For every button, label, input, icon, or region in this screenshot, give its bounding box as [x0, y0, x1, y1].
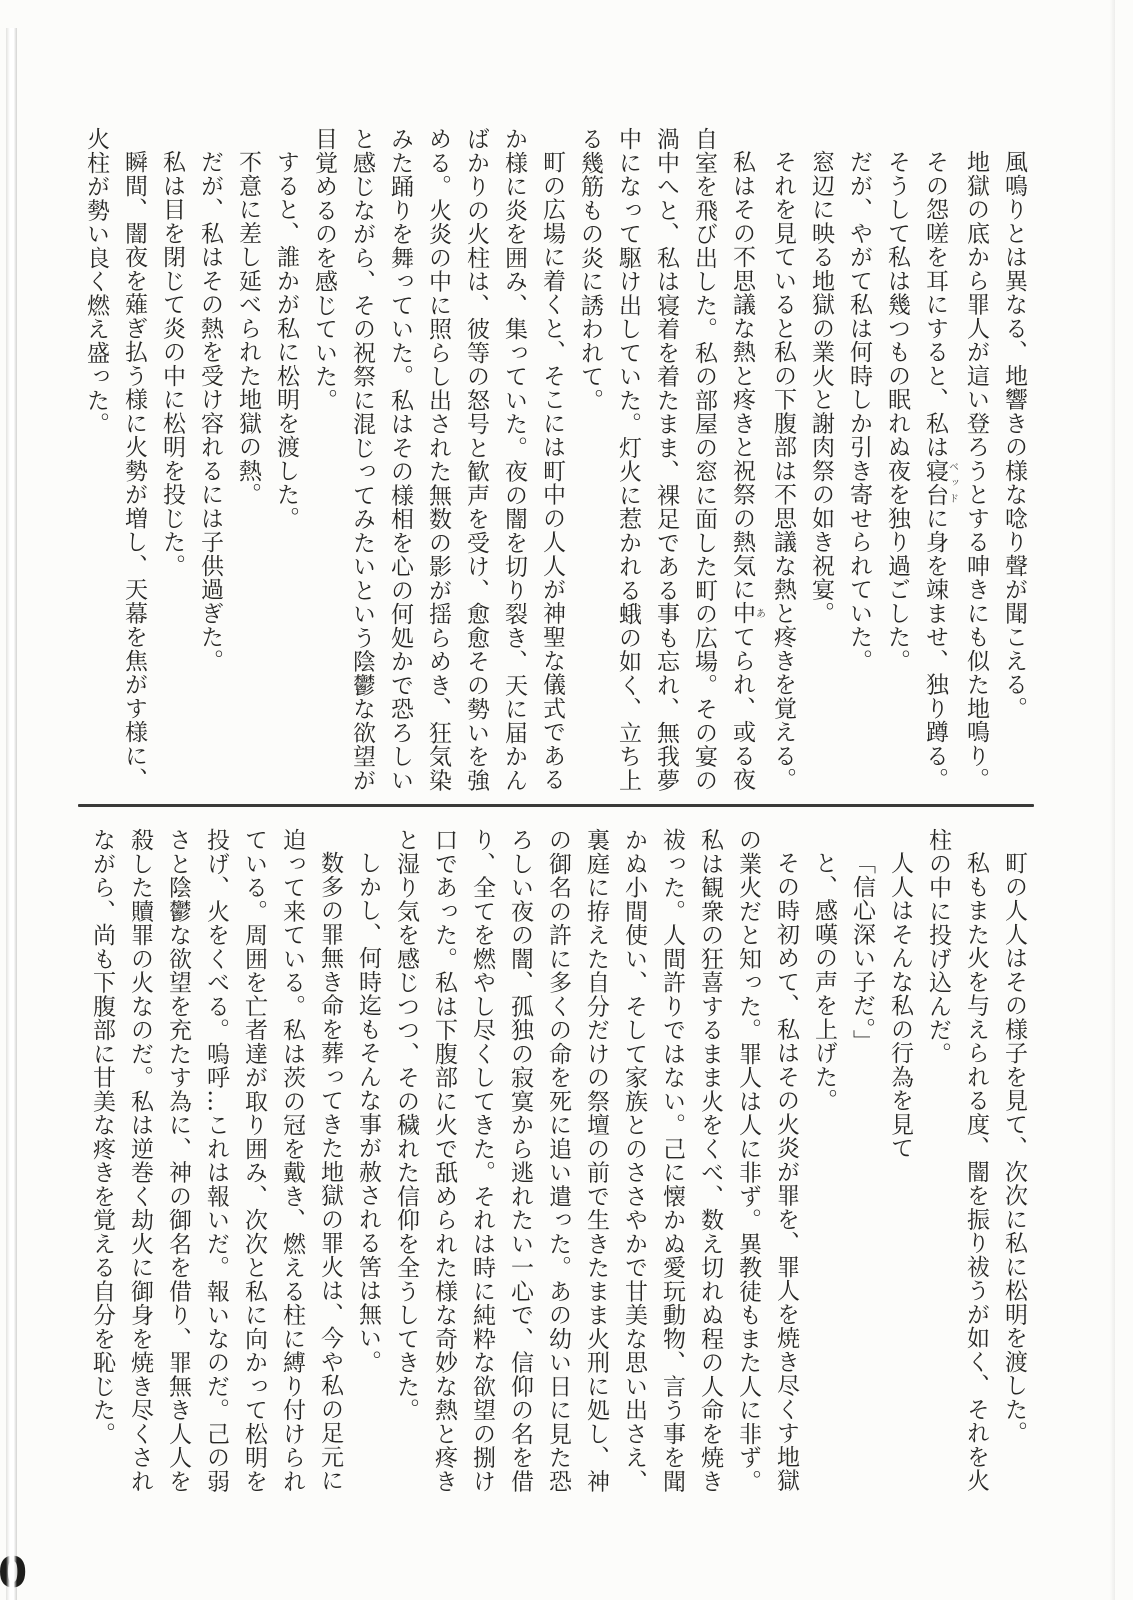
- paragraph: 不意に差し延べられた地獄の熱。: [229, 127, 267, 795]
- paragraph: そうして私は幾つもの眠れぬ夜を独り過ごした。: [878, 127, 916, 795]
- ruby-annotated-word: 寝台ベッド: [922, 459, 948, 507]
- section-divider: [78, 804, 1034, 807]
- paragraph: それを見ていると私の下腹部は不思議な熱と疼きを覚える。: [764, 127, 802, 795]
- paragraph: 数多の罪無き命を葬ってきた地獄の罪火は、今や私の足元に迫って来ている。私は茨の冠…: [83, 828, 349, 1496]
- paragraph: その怨嗟を耳にすると、私は寝台ベッドに身を竦ませ、独り蹲る。: [916, 127, 957, 795]
- paragraph: だが、私はその熱を受け容れるには子供過ぎた。: [191, 127, 229, 795]
- paragraph: 人人はそんな私の行為を見て: [881, 828, 919, 1496]
- text-section-top: 風鳴りとは異なる、地響きの様な唸り聲が聞こえる。地獄の底から罪人が這い登ろうとす…: [77, 127, 1033, 795]
- paragraph: 風鳴りとは異なる、地響きの様な唸り聲が聞こえる。: [995, 127, 1033, 795]
- paragraph: すると、誰かが私に松明を渡した。: [267, 127, 305, 795]
- ruby-annotated-word: 中あ: [729, 601, 755, 625]
- paragraph: 私はその不思議な熱と疼きと祝祭の熱気に中あてられ、或る夜自室を飛び出した。私の部…: [571, 127, 764, 795]
- paper-edge-line: [1110, 0, 1115, 1600]
- paragraph: 町の広場に着くと、そこには町中の人人が神聖な儀式であるか様に炎を囲み、集っていた…: [305, 127, 571, 795]
- novel-page: 0 風鳴りとは異なる、地響きの様な唸り聲が聞こえる。地獄の底から罪人が這い登ろう…: [0, 0, 1133, 1600]
- paragraph: 地獄の底から罪人が這い登ろうとする呻きにも似た地鳴り。: [957, 127, 995, 795]
- paragraph: 窓辺に映る地獄の業火と謝肉祭の如き祝宴。: [802, 127, 840, 795]
- text-section-bottom: 町の人人はその様子を見て、次次に私に松明を渡した。私もまた火を与えられる度、闇を…: [83, 828, 1033, 1496]
- paragraph: 私は目を閉じて炎の中に松明を投じた。: [153, 127, 191, 795]
- paragraph: 「信心深い子だ。」: [843, 828, 881, 1496]
- paragraph: だが、やがて私は何時しか引き寄せられていた。: [840, 127, 878, 795]
- paragraph: 町の人人はその様子を見て、次次に私に松明を渡した。: [995, 828, 1033, 1496]
- paragraph: と、感嘆の声を上げた。: [805, 828, 843, 1496]
- paragraph: その時初めて、私はその火炎が罪を、罪人を焼き尽くす地獄の業火だと知った。罪人は人…: [387, 828, 805, 1496]
- paragraph: 私もまた火を与えられる度、闇を振り祓うが如く、それを火柱の中に投げ込んだ。: [919, 828, 995, 1496]
- page-spine-shadow: [6, 28, 17, 1600]
- paragraph: 瞬間、闇夜を薙ぎ払う様に火勢が増し、天幕を焦がす様に、火柱が勢い良く燃え盛った。: [77, 127, 153, 795]
- paragraph: しかし、何時迄もそんな事が赦される筈は無い。: [349, 828, 387, 1496]
